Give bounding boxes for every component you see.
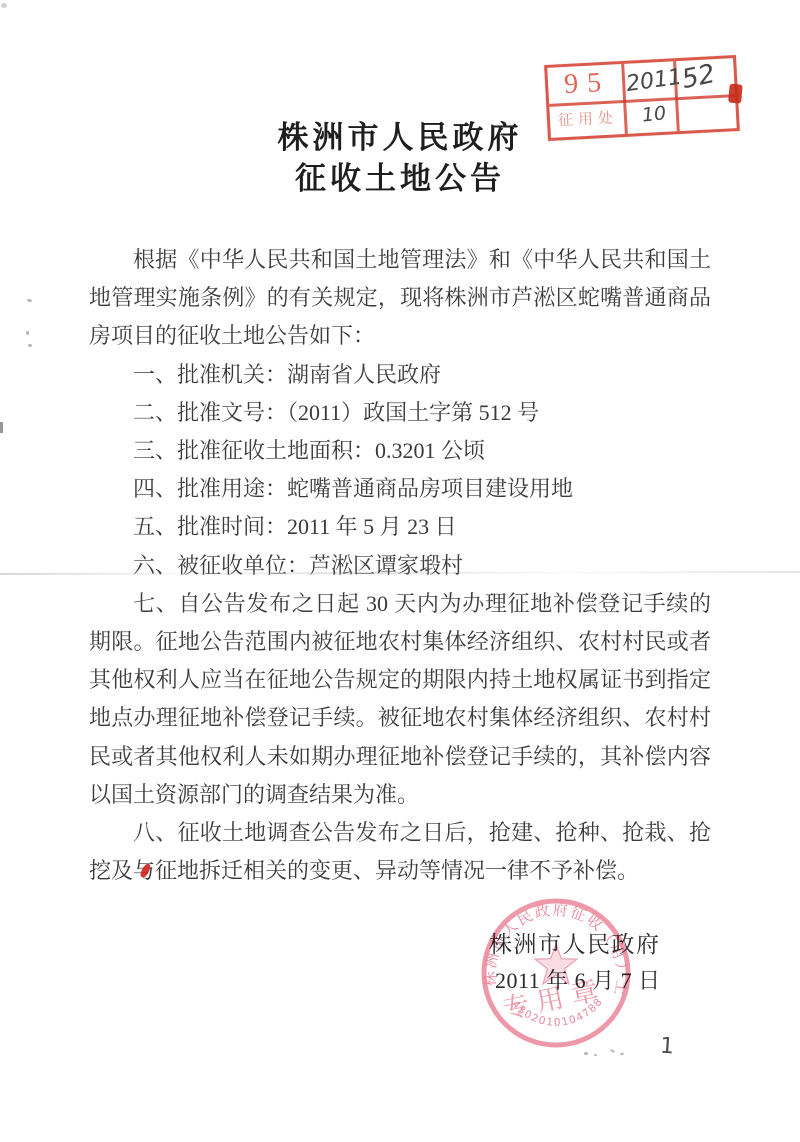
title-line-announcement: 征收土地公告 (0, 158, 800, 199)
item-land-area: 三、批准征收土地面积：0.3201 公顷 (89, 432, 711, 470)
item-registration-deadline: 七、自公告发布之日起 30 天内为办理征地补偿登记手续的期限。征地公告范围内被征… (89, 585, 711, 814)
seal-ring-text: 株洲市人民政府征收（用）土地公告 (477, 894, 630, 999)
document-title: 株洲市人民政府 征收土地公告 (0, 117, 800, 199)
item-approval-number: 二、批准文号：（2011）政国土字第 512 号 (89, 394, 711, 432)
scanned-document-page: 95 征用处 2011 52 10 株洲市人民政府 征收土地公告 根据《中华人民… (0, 0, 800, 1142)
scan-speck (28, 344, 32, 347)
title-line-government: 株洲市人民政府 (0, 117, 800, 158)
item-approved-use: 四、批准用途：蛇嘴普通商品房项目建设用地 (89, 470, 711, 508)
item-expropriated-unit: 六、被征收单位：芦淞区谭家塅村 (89, 547, 711, 585)
stamp-printed-number: 95 (553, 66, 621, 101)
intro-paragraph: 根据《中华人民共和国土地管理法》和《中华人民共和国土地管理实施条例》的有关规定，… (89, 241, 711, 356)
svg-text:株洲市人民政府征收（用）土地公告: 株洲市人民政府征收（用）土地公告 (477, 894, 630, 999)
item-approval-date: 五、批准时间：2011 年 5 月 23 日 (89, 508, 711, 546)
scan-speck (1, 3, 7, 8)
handwritten-page-number: 1 (659, 1034, 675, 1060)
pencil-smudges (584, 1048, 644, 1058)
scan-speck (26, 331, 29, 335)
stamp-handwritten-serial: 52 (679, 59, 718, 95)
stamp-ink-blot (728, 84, 743, 104)
document-body: 根据《中华人民共和国土地管理法》和《中华人民共和国土地管理实施条例》的有关规定，… (89, 241, 711, 890)
scan-edge-mark (0, 422, 3, 433)
seal-star-icon (535, 944, 577, 984)
item-approving-authority: 一、批准机关：湖南省人民政府 (89, 356, 711, 394)
scan-speck (27, 298, 33, 303)
item-no-compensation-clause: 八、征收土地调查公告发布之日后，抢建、抢种、抢栽、抢挖及与征地拆迁相关的变更、异… (89, 814, 711, 890)
official-seal: 株洲市人民政府征收（用）土地公告 专用章 4302010104788 (477, 894, 635, 1052)
